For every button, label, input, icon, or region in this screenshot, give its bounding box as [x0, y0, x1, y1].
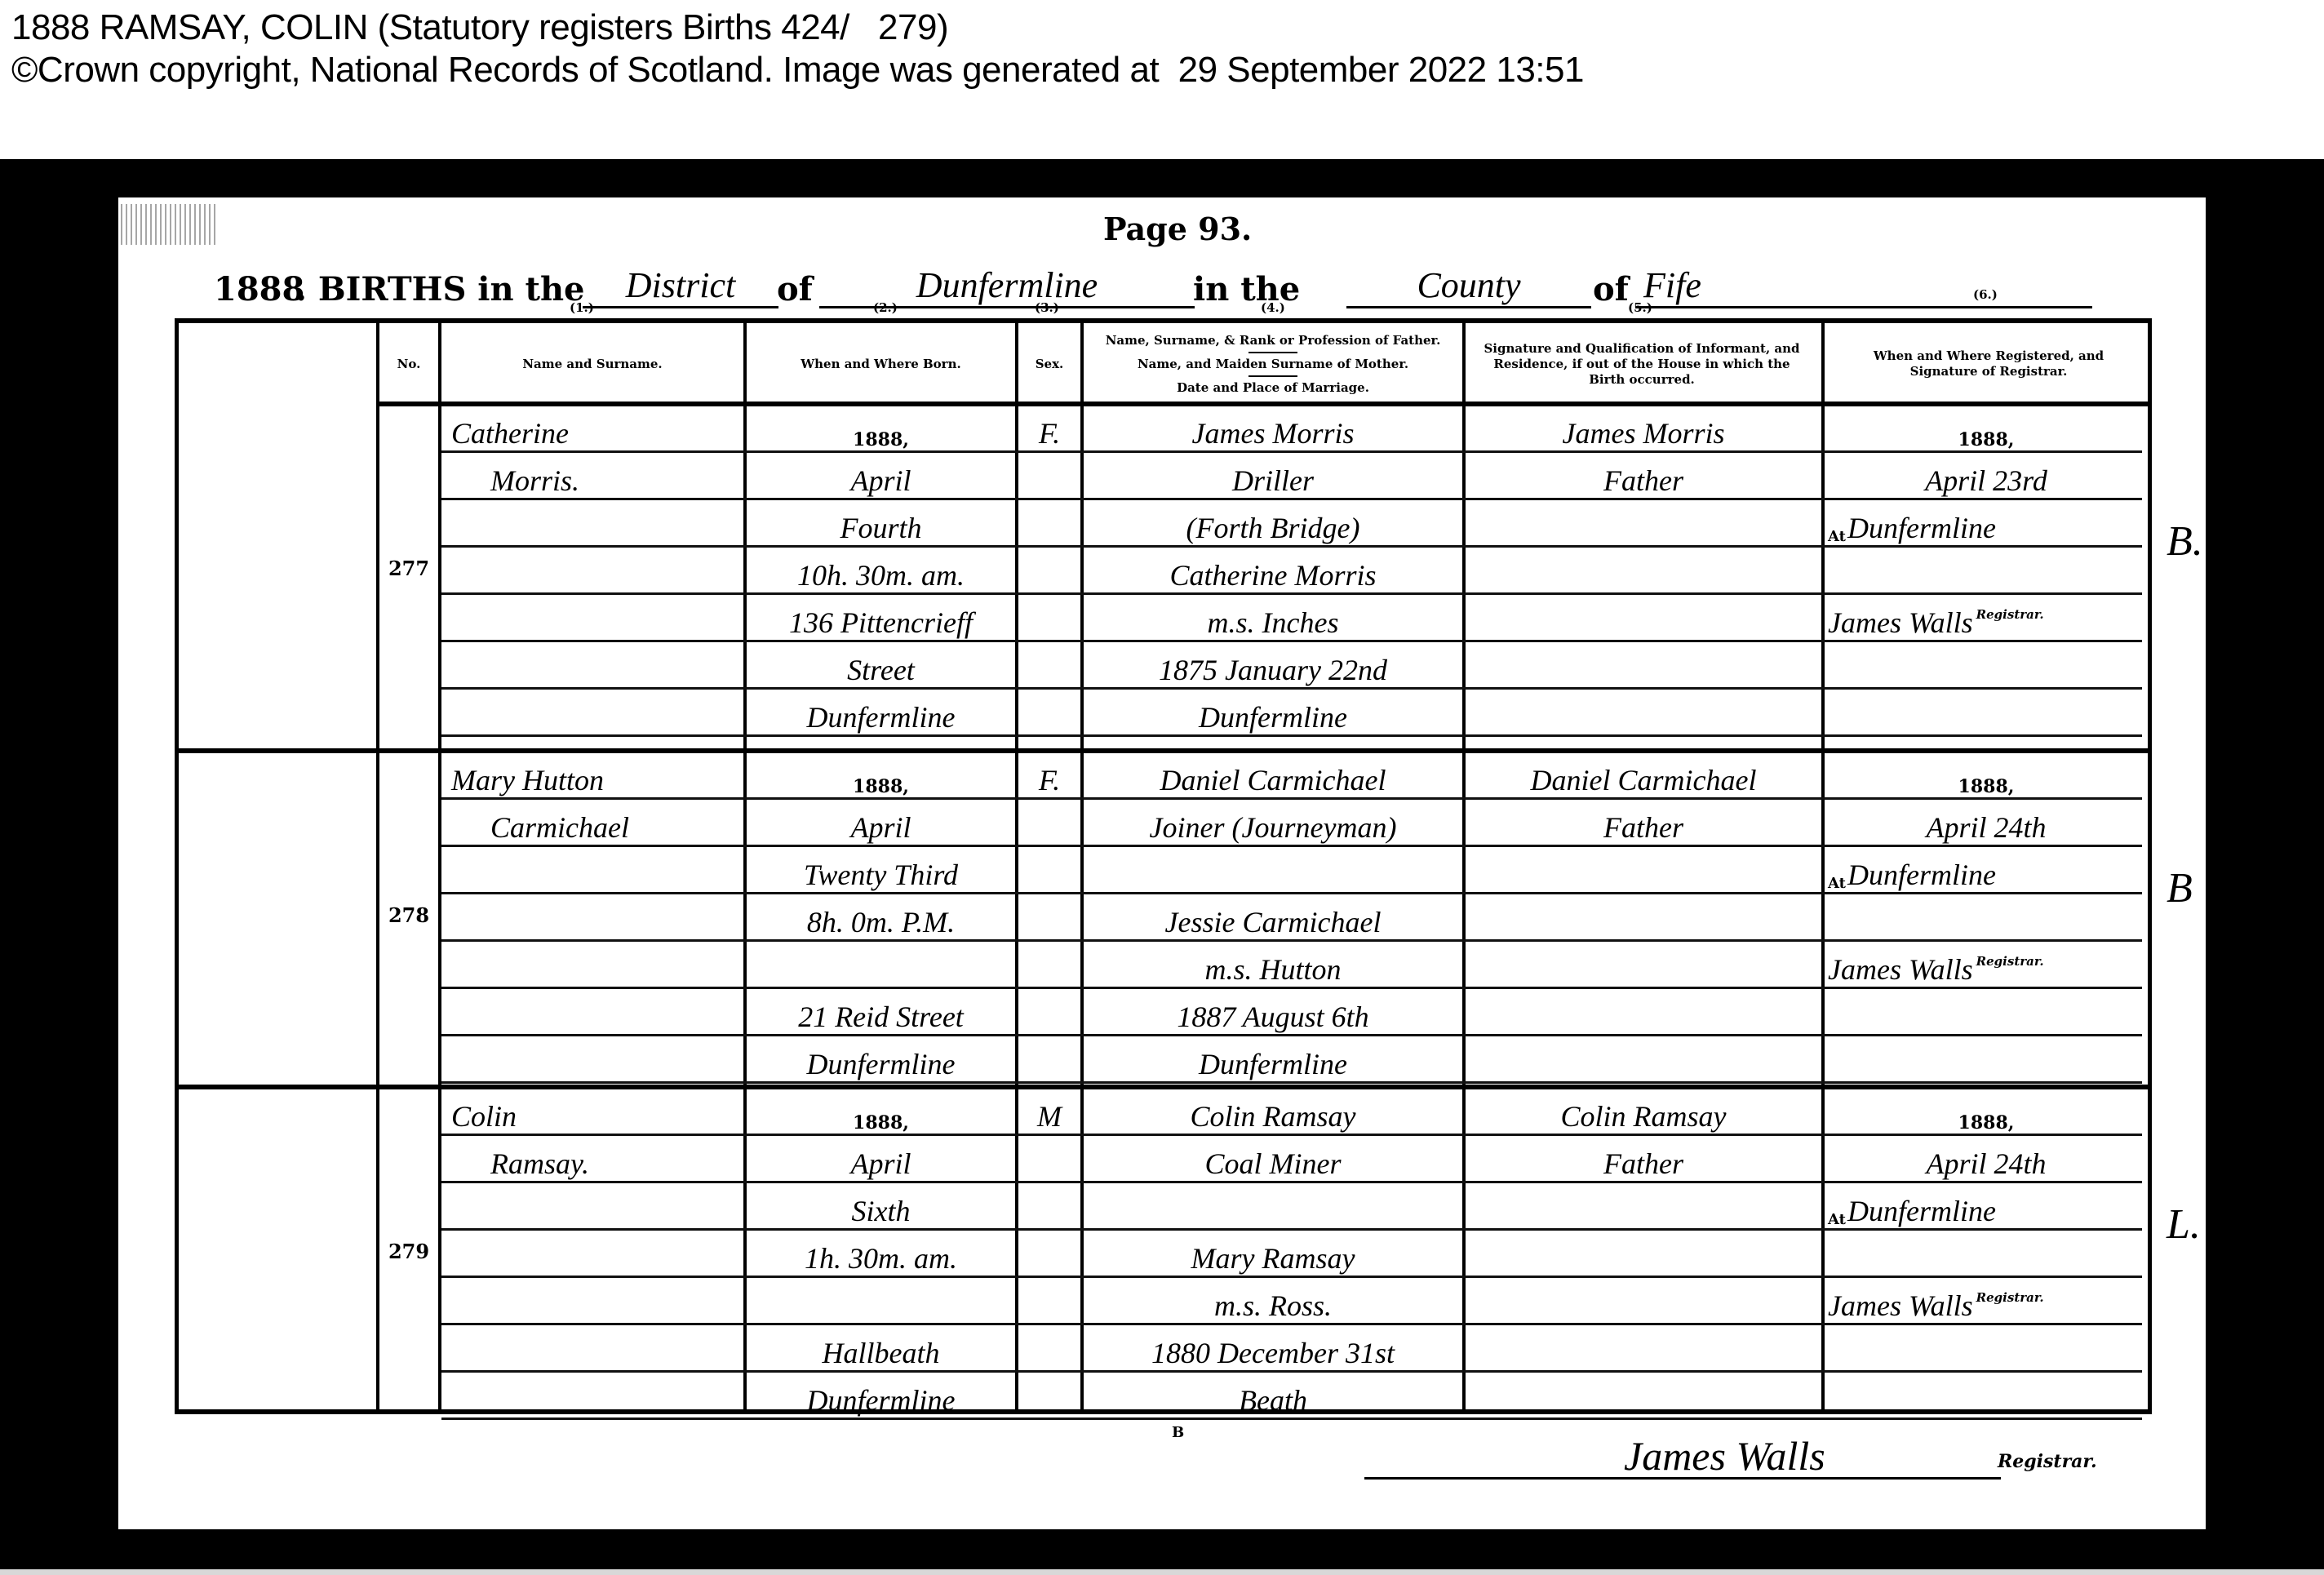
birth-detail: April: [747, 1140, 1015, 1182]
entry-separator: [175, 1085, 2152, 1089]
header-no: No.: [379, 326, 438, 402]
column-number: (3.): [1035, 300, 1059, 315]
birth-detail: April: [747, 804, 1015, 846]
registrar-suffix: Registrar.: [1976, 599, 2044, 622]
bottom-strip: [0, 1569, 2324, 1575]
informant-detail: James Morris: [1466, 410, 1821, 452]
divider: [1248, 352, 1297, 353]
title-of-1: of: [777, 270, 813, 308]
entry-number: 279: [378, 1240, 440, 1263]
informant-detail: Father: [1466, 457, 1821, 499]
registration-year: 1888,: [1825, 410, 2148, 452]
sex: F.: [1018, 756, 1080, 799]
registrar-suffix: Registrar.: [1976, 1282, 2044, 1305]
registration-date: April 23rd: [1825, 457, 2148, 499]
at-label: At: [1828, 1211, 1846, 1228]
child-name: Ramsay.: [441, 1140, 743, 1182]
title-county-label: County: [1346, 264, 1591, 308]
registration-place: AtDunfermline: [1825, 1187, 2148, 1230]
child-name: Catherine: [441, 410, 743, 452]
registrar-entry: James WallsRegistrar.: [1825, 946, 2148, 988]
birth-detail: 1888,: [747, 410, 1015, 452]
divider: [1248, 375, 1297, 377]
column-number: (1.): [570, 300, 594, 315]
margin-note: B.: [2167, 517, 2203, 566]
registrar-label: Registrar.: [1998, 1451, 2097, 1472]
registration-date: April 24th: [1825, 1140, 2148, 1182]
parent-detail: Driller: [1084, 457, 1462, 499]
birth-detail: 1888,: [747, 756, 1015, 799]
birth-detail: [747, 946, 1015, 988]
title-births-in-the: . BIRTHS in the: [295, 270, 585, 308]
record-title: 1888 RAMSAY, COLIN (Statutory registers …: [11, 7, 948, 49]
registration-year: 1888,: [1825, 756, 2148, 799]
title-year: 1888: [214, 270, 304, 308]
birth-detail: [747, 1282, 1015, 1324]
header-informant: Signature and Qualification of Informant…: [1479, 326, 1805, 402]
sex: F.: [1018, 410, 1080, 452]
birth-detail: Street: [747, 646, 1015, 689]
registrar-signature: James Walls: [1624, 1432, 1825, 1480]
margin-note: L.: [2167, 1200, 2201, 1249]
informant-detail: Daniel Carmichael: [1466, 756, 1821, 799]
parent-detail: Coal Miner: [1084, 1140, 1462, 1182]
place-name: Dunfermline: [1847, 511, 1996, 545]
birth-detail: 10h. 30m. am.: [747, 552, 1015, 594]
page-number: Page 93.: [1103, 211, 1252, 247]
footer-mark: B: [1172, 1424, 1184, 1441]
header-parents-marriage: Date and Place of Marriage.: [1177, 380, 1369, 396]
header-when-where: When and Where Born.: [747, 326, 1015, 402]
child-name: Morris.: [441, 457, 743, 499]
child-name: Colin: [441, 1093, 743, 1135]
header-registered: When and Where Registered, and Signature…: [1838, 326, 2140, 402]
birth-detail: Fourth: [747, 504, 1015, 547]
registrar-name: James Walls: [1828, 1289, 1973, 1323]
paper-smudge: [121, 204, 219, 245]
title-of-2: of: [1593, 270, 1629, 308]
copyright-notice: ©Crown copyright, National Records of Sc…: [11, 49, 1584, 91]
header-sex: Sex.: [1018, 326, 1080, 402]
parent-detail: 1875 January 22nd: [1084, 646, 1462, 689]
birth-detail: Twenty Third: [747, 851, 1015, 894]
parent-detail: 1880 December 31st: [1084, 1329, 1462, 1372]
entry-number: 278: [378, 903, 440, 927]
parent-detail: m.s. Ross.: [1084, 1282, 1462, 1324]
birth-detail: 1888,: [747, 1093, 1015, 1135]
header-rule: [376, 402, 2148, 406]
informant-detail: Colin Ramsay: [1466, 1093, 1821, 1135]
register-title: 1888 . BIRTHS in the District of Dunferm…: [214, 260, 2123, 308]
registration-year: 1888,: [1825, 1093, 2148, 1135]
parent-detail: [1084, 1187, 1462, 1230]
birth-detail: 21 Reid Street: [747, 993, 1015, 1036]
birth-detail: Hallbeath: [747, 1329, 1015, 1372]
child-name: Mary Hutton: [441, 756, 743, 799]
header-parents: Name, Surname, & Rank or Profession of F…: [1084, 326, 1462, 402]
parent-detail: Jessie Carmichael: [1084, 898, 1462, 941]
parent-detail: Mary Ramsay: [1084, 1235, 1462, 1277]
title-district-label: District: [583, 264, 778, 308]
birth-detail: April: [747, 457, 1015, 499]
header-name: Name and Surname.: [441, 326, 743, 402]
parent-detail: 1887 August 6th: [1084, 993, 1462, 1036]
birth-detail: Dunfermline: [747, 694, 1015, 736]
header-parents-father: Name, Surname, & Rank or Profession of F…: [1106, 333, 1441, 348]
parent-detail: Beath: [1084, 1377, 1462, 1419]
title-county-name: Fife: [1635, 264, 2092, 308]
registration-place: AtDunfermline: [1825, 851, 2148, 894]
birth-detail: Dunfermline: [747, 1040, 1015, 1083]
header-parents-mother: Name, and Maiden Surname of Mother.: [1138, 357, 1408, 372]
column-number: (4.): [1261, 300, 1285, 315]
sex: M: [1018, 1093, 1080, 1135]
column-divider: [1015, 318, 1018, 1414]
parent-detail: [1084, 851, 1462, 894]
registrar-entry: James WallsRegistrar.: [1825, 1282, 2148, 1324]
entry-number: 277: [378, 557, 440, 580]
place-name: Dunfermline: [1847, 1194, 1996, 1228]
place-name: Dunfermline: [1847, 858, 1996, 892]
column-number: (2.): [873, 300, 898, 315]
margin-note: B: [2167, 864, 2193, 912]
registration-date: April 24th: [1825, 804, 2148, 846]
registrar-suffix: Registrar.: [1976, 946, 2044, 969]
at-label: At: [1828, 528, 1846, 545]
birth-detail: Sixth: [747, 1187, 1015, 1230]
parent-detail: Joiner (Journeyman): [1084, 804, 1462, 846]
informant-detail: Father: [1466, 1140, 1821, 1182]
parent-detail: Daniel Carmichael: [1084, 756, 1462, 799]
birth-detail: 1h. 30m. am.: [747, 1235, 1015, 1277]
parent-detail: m.s. Hutton: [1084, 946, 1462, 988]
parent-detail: (Forth Bridge): [1084, 504, 1462, 547]
registrar-name: James Walls: [1828, 606, 1973, 640]
registrar-entry: James WallsRegistrar.: [1825, 599, 2148, 641]
parent-detail: Colin Ramsay: [1084, 1093, 1462, 1135]
at-label: At: [1828, 875, 1846, 892]
child-name: Carmichael: [441, 804, 743, 846]
parent-detail: Dunfermline: [1084, 1040, 1462, 1083]
parent-detail: Dunfermline: [1084, 694, 1462, 736]
registration-place: AtDunfermline: [1825, 504, 2148, 547]
parent-detail: James Morris: [1084, 410, 1462, 452]
birth-detail: Dunfermline: [747, 1377, 1015, 1419]
parent-detail: Catherine Morris: [1084, 552, 1462, 594]
column-number: (5.): [1628, 300, 1652, 315]
registrar-name: James Walls: [1828, 952, 1973, 987]
parent-detail: m.s. Inches: [1084, 599, 1462, 641]
birth-detail: 8h. 0m. P.M.: [747, 898, 1015, 941]
column-number: (6.): [1973, 287, 1998, 302]
birth-detail: 136 Pittencrieff: [747, 599, 1015, 641]
entry-separator: [175, 748, 2152, 753]
informant-detail: Father: [1466, 804, 1821, 846]
